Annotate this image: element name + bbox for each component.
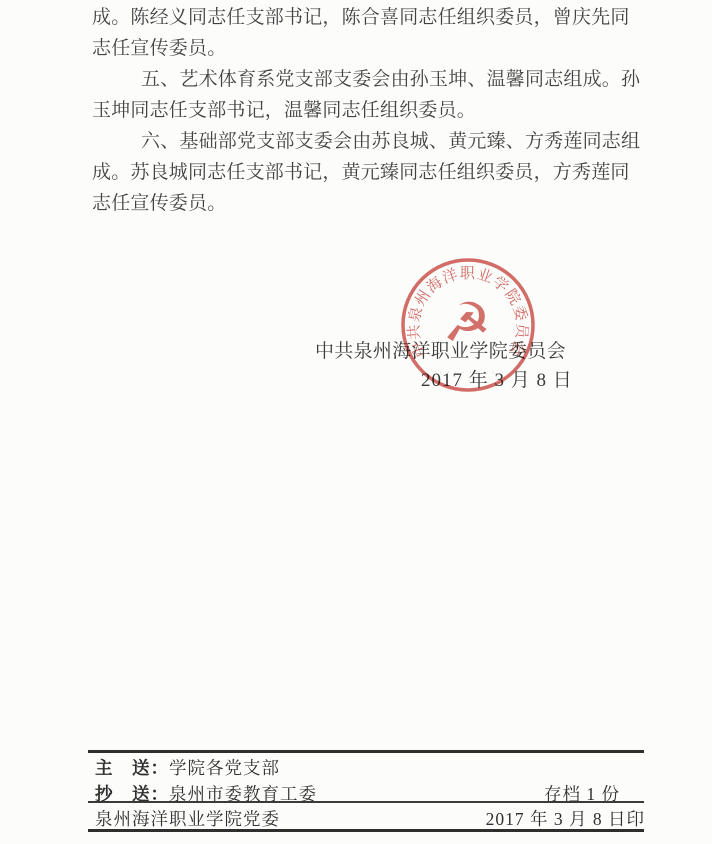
body-line: 成。苏良城同志任支部书记，黄元臻同志任组织委员，方秀莲同 (92, 157, 640, 188)
signoff-organization: 中共泉州海洋职业学院委员会 (315, 336, 566, 363)
main-send-value: 学院各党支部 (169, 758, 280, 778)
document-page: 成。陈经义同志任支部书记，陈合喜同志任组织委员，曾庆先同 志任宣传委员。 五、艺… (0, 0, 712, 844)
signoff-date: 2017 年 3 月 8 日 (421, 365, 573, 392)
body-line: 五、艺术体育系党支部支委会由孙玉坤、温馨同志组成。孙 (92, 64, 640, 95)
footer-top-rule (88, 750, 644, 753)
body-line: 成。陈经义同志任支部书记，陈合喜同志任组织委员，曾庆先同 (92, 2, 640, 33)
main-send-label: 主 送： (95, 758, 169, 778)
footer-issuer-row: 泉州海洋职业学院党委 (95, 808, 280, 830)
body-line: 六、基础部党支部支委会由苏良城、黄元臻、方秀莲同志组 (92, 126, 640, 157)
body-line: 志任宣传委员。 (92, 33, 640, 64)
footer-middle-rule (88, 801, 644, 803)
body-text: 成。陈经义同志任支部书记，陈合喜同志任组织委员，曾庆先同 志任宣传委员。 五、艺… (92, 2, 640, 219)
footer-bottom-rule (88, 829, 644, 832)
print-date: 2017 年 3 月 8 日印 (486, 808, 645, 830)
issuer-name: 泉州海洋职业学院党委 (95, 809, 280, 829)
body-line: 志任宣传委员。 (92, 188, 640, 219)
body-line: 玉坤同志任支部书记，温馨同志任组织委员。 (92, 95, 640, 126)
footer-main-send-row: 主 送：学院各党支部 (95, 757, 280, 779)
